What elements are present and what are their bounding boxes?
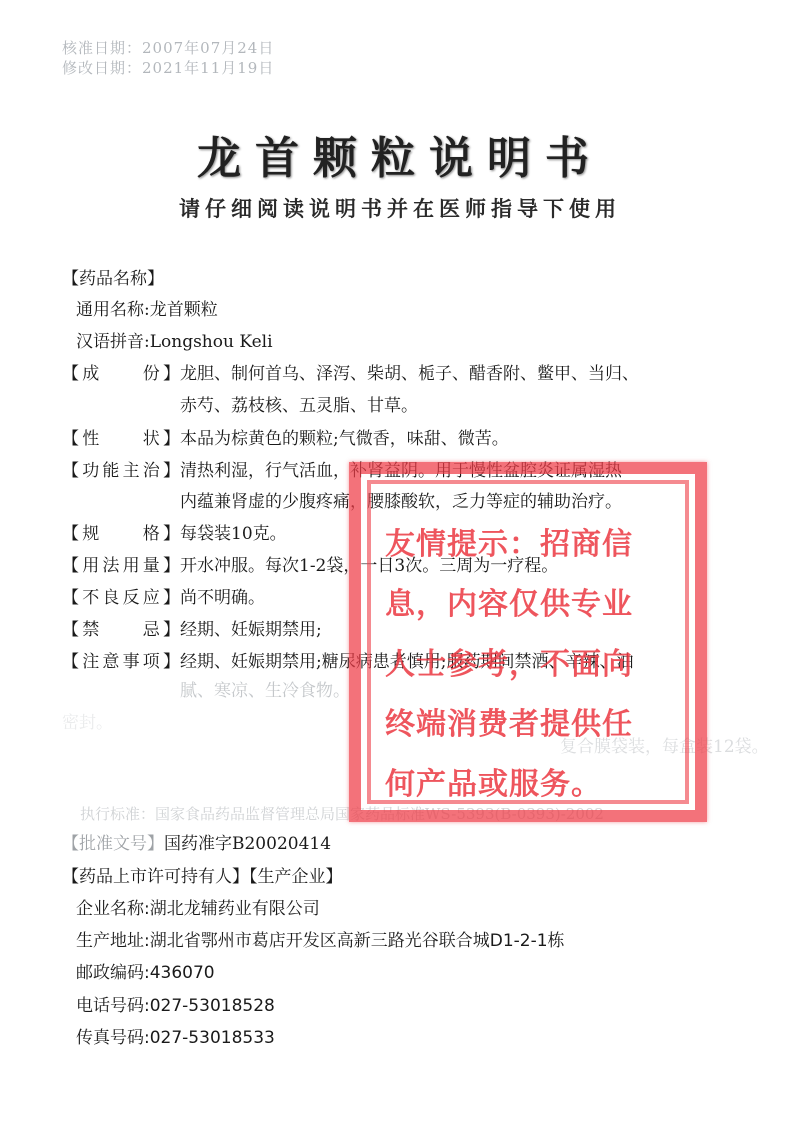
dosage-label: 【用法用量】 bbox=[62, 555, 180, 577]
approval-date: 核准日期：2007年07月24日 bbox=[62, 38, 274, 58]
section-character: 【性 状】本品为棕黄色的颗粒;气微香，味甜、微苦。 bbox=[62, 428, 509, 450]
section-adverse: 【不良反应】尚不明确。 bbox=[62, 587, 265, 609]
adverse-label: 【不良反应】 bbox=[62, 587, 180, 609]
holder-label: 【药品上市许可持有人】【生产企业】 bbox=[62, 866, 343, 888]
storage-faint: 密封。 bbox=[62, 712, 113, 734]
document-subtitle: 请仔细阅读说明书并在医师指导下使用 bbox=[0, 193, 800, 223]
company-name: 企业名称:湖北龙辅药业有限公司 bbox=[76, 898, 320, 920]
ingredients-line1: 龙胆、制何首乌、泽泻、柴胡、栀子、醋香附、鳖甲、当归、 bbox=[180, 364, 639, 384]
company-postcode: 邮政编码:436070 bbox=[76, 962, 215, 984]
section-specification: 【规 格】每袋装10克。 bbox=[62, 523, 287, 545]
ingredients-line2: 赤芍、荔枝核、五灵脂、甘草。 bbox=[180, 395, 418, 417]
section-contraindications: 【禁 忌】经期、妊娠期禁用; bbox=[62, 619, 322, 641]
contraindications-text: 经期、妊娠期禁用; bbox=[180, 620, 322, 640]
document-dates: 核准日期：2007年07月24日 修改日期：2021年11月19日 bbox=[62, 38, 274, 78]
generic-name: 通用名称:龙首颗粒 bbox=[76, 299, 218, 321]
stamp-line-4: 终端消费者提供任 bbox=[385, 695, 675, 755]
company-phone: 电话号码:027-53018528 bbox=[76, 995, 275, 1017]
company-fax: 传真号码:027-53018533 bbox=[76, 1027, 275, 1049]
document-title: 龙首颗粒说明书 bbox=[0, 122, 800, 186]
company-address: 生产地址:湖北省鄂州市葛店开发区高新三路光谷联合城D1-2-1栋 bbox=[76, 930, 565, 952]
specification-label: 【规 格】 bbox=[62, 523, 180, 545]
adverse-text: 尚不明确。 bbox=[180, 588, 265, 608]
stamp-line-3: 人士参考，不面向 bbox=[385, 635, 675, 695]
specification-text: 每袋装10克。 bbox=[180, 524, 287, 544]
ingredients-label: 【成 份】 bbox=[62, 363, 180, 385]
precautions-label: 【注意事项】 bbox=[62, 651, 180, 673]
contraindications-label: 【禁 忌】 bbox=[62, 619, 180, 641]
section-ingredients: 【成 份】龙胆、制何首乌、泽泻、柴胡、栀子、醋香附、鳖甲、当归、 bbox=[62, 363, 639, 385]
section-approval-number: 【批准文号】国药准字B20020414 bbox=[62, 833, 331, 855]
indications-label: 【功能主治】 bbox=[62, 460, 180, 482]
character-text: 本品为棕黄色的颗粒;气微香，味甜、微苦。 bbox=[180, 429, 509, 449]
precautions-line2: 腻、寒凉、生冷食物。 bbox=[180, 680, 350, 702]
stamp-line-5: 何产品或服务。 bbox=[385, 755, 675, 815]
revision-date: 修改日期：2021年11月19日 bbox=[62, 58, 274, 78]
watermark-stamp-text: 友情提示：招商信 息，内容仅供专业 人士参考，不面向 终端消费者提供任 何产品或… bbox=[385, 515, 675, 815]
approval-number-label: 【批准文号】 bbox=[62, 833, 164, 855]
pinyin-name: 汉语拼音:Longshou Keli bbox=[76, 331, 273, 353]
approval-number-text: 国药准字B20020414 bbox=[164, 834, 331, 854]
character-label: 【性 状】 bbox=[62, 428, 180, 450]
stamp-line-2: 息，内容仅供专业 bbox=[385, 575, 675, 635]
section-drug-name-label: 【药品名称】 bbox=[62, 268, 164, 290]
stamp-line-1: 友情提示：招商信 bbox=[385, 515, 675, 575]
